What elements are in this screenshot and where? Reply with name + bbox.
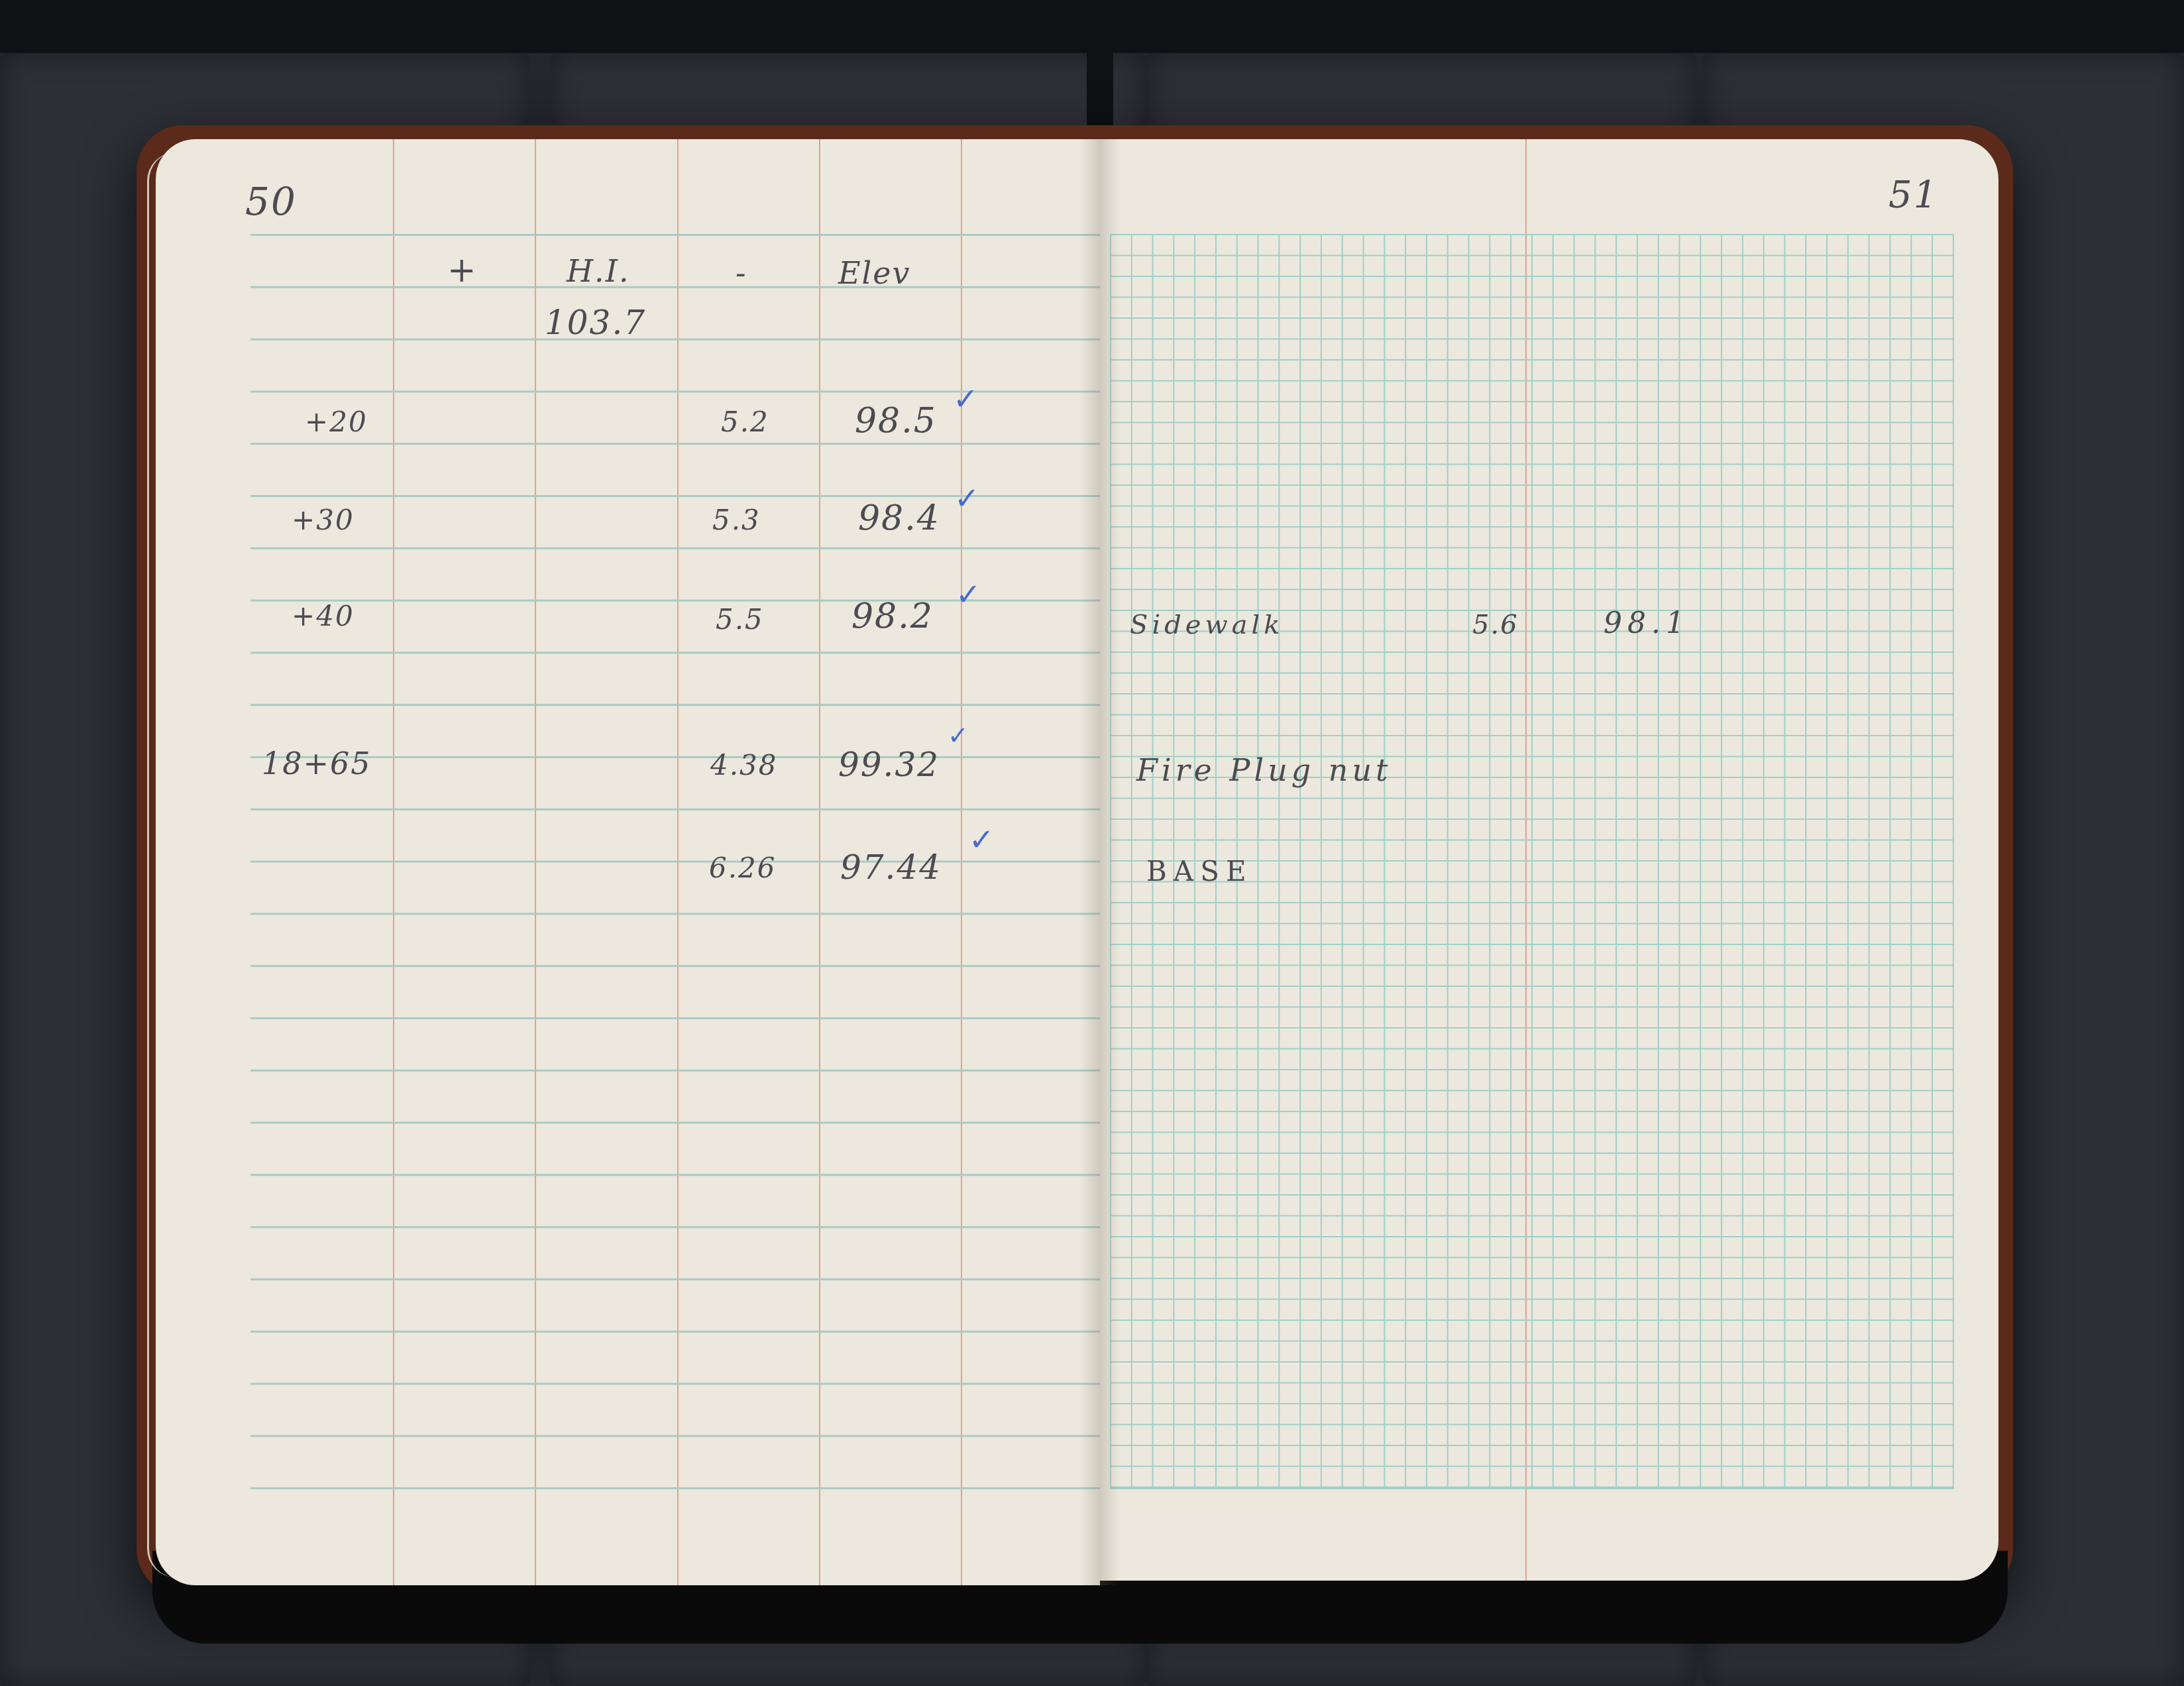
left-page: [156, 139, 1100, 1585]
checkmark-icon: ✓: [969, 822, 995, 858]
page-number-right: 51: [1888, 174, 1938, 217]
station-cell: +20: [305, 406, 368, 438]
spine-shadow: [1080, 139, 1120, 1585]
note-sidewalk: Sidewalk: [1130, 610, 1284, 640]
hi-value: 103.7: [545, 304, 646, 342]
minus-cell: 5.2: [721, 406, 769, 438]
elev-cell: 97.44: [840, 848, 942, 887]
checkmark-icon: ✓: [955, 577, 981, 612]
header-plus: +: [447, 251, 478, 290]
note-fire-plug: Fire Plug nut: [1136, 752, 1392, 788]
header-hi: H.I.: [567, 253, 630, 289]
station-cell: 18+65: [262, 746, 372, 781]
station-cell: +30: [292, 504, 355, 536]
station-cell: +40: [292, 600, 355, 632]
elev-cell: 98.4: [858, 498, 940, 538]
checkmark-icon: ✓: [953, 381, 979, 417]
note-base: BASE: [1146, 855, 1253, 887]
binder-clip: [1087, 40, 1113, 139]
note-sidewalk-elev: 98.1: [1604, 606, 1690, 640]
header-minus: -: [736, 255, 747, 291]
elev-cell: 98.5: [855, 401, 937, 441]
elev-cell: 98.2: [851, 596, 934, 636]
checkmark-icon: ✓: [948, 721, 969, 750]
note-sidewalk-minus: 5.6: [1472, 610, 1519, 640]
checkmark-icon: ✓: [954, 480, 980, 516]
minus-cell: 6.26: [709, 852, 777, 884]
minus-cell: 4.38: [710, 749, 778, 781]
header-elev: Elev: [838, 255, 911, 291]
page-number-left: 50: [245, 179, 297, 224]
minus-cell: 5.5: [716, 603, 764, 636]
elev-cell: 99.32: [838, 746, 940, 784]
minus-cell: 5.3: [712, 504, 761, 536]
ruled-lines: [250, 234, 1100, 1493]
